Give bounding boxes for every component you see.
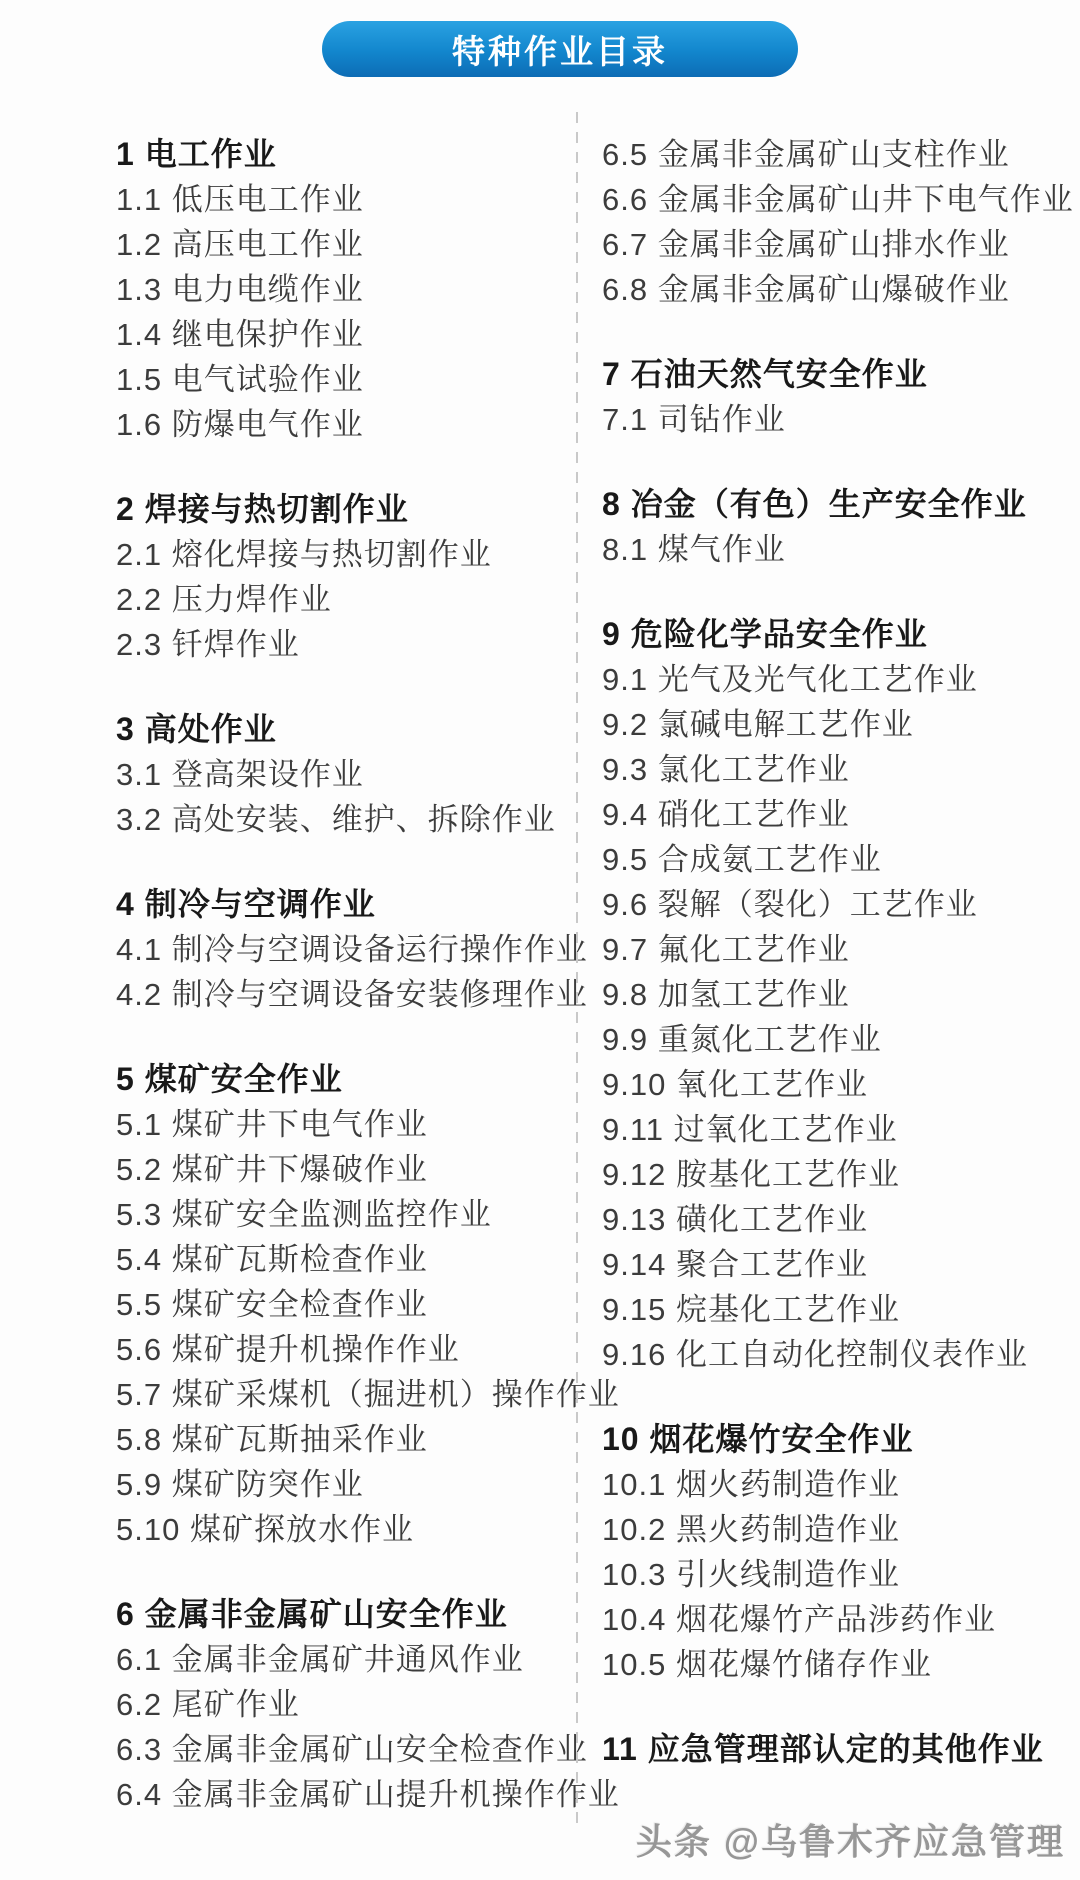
catalog-item: 10.4 烟花爆竹产品涉药作业 <box>602 1597 1074 1642</box>
catalog-item: 6.4 金属非金属矿山提升机操作作业 <box>116 1772 620 1817</box>
catalog-item: 9.1 光气及光气化工艺作业 <box>602 657 1074 702</box>
catalog-item: 9.7 氟化工艺作业 <box>602 927 1074 972</box>
catalog-item: 9.8 加氢工艺作业 <box>602 972 1074 1017</box>
catalog-item: 9.6 裂解（裂化）工艺作业 <box>602 882 1074 927</box>
catalog-item: 8.1 煤气作业 <box>602 527 1074 572</box>
catalog-item: 5.7 煤矿采煤机（掘进机）操作作业 <box>116 1372 620 1417</box>
catalog-item: 9.14 聚合工艺作业 <box>602 1242 1074 1287</box>
section-heading: 6 金属非金属矿山安全作业 <box>116 1592 620 1637</box>
catalog-item: 9.12 胺基化工艺作业 <box>602 1152 1074 1197</box>
catalog-item: 9.15 烷基化工艺作业 <box>602 1287 1074 1332</box>
catalog-item: 9.9 重氮化工艺作业 <box>602 1017 1074 1062</box>
catalog-item: 4.2 制冷与空调设备安装修理作业 <box>116 972 620 1017</box>
section-heading: 7 石油天然气安全作业 <box>602 352 1074 397</box>
catalog-item: 9.10 氧化工艺作业 <box>602 1062 1074 1107</box>
right-column: 6.5 金属非金属矿山支柱作业6.6 金属非金属矿山井下电气作业6.7 金属非金… <box>602 132 1074 1772</box>
catalog-item: 9.11 过氧化工艺作业 <box>602 1107 1074 1152</box>
catalog-item: 6.3 金属非金属矿山安全检查作业 <box>116 1727 620 1772</box>
catalog-item: 6.5 金属非金属矿山支柱作业 <box>602 132 1074 177</box>
catalog-item: 6.1 金属非金属矿井通风作业 <box>116 1637 620 1682</box>
catalog-item: 5.1 煤矿井下电气作业 <box>116 1102 620 1147</box>
catalog-item: 1.4 继电保护作业 <box>116 312 620 357</box>
catalog-item: 9.13 磺化工艺作业 <box>602 1197 1074 1242</box>
catalog-item: 10.2 黑火药制造作业 <box>602 1507 1074 1552</box>
catalog-item: 3.2 高处安装、维护、拆除作业 <box>116 797 620 842</box>
catalog-item: 5.6 煤矿提升机操作作业 <box>116 1327 620 1372</box>
catalog-item: 5.10 煤矿探放水作业 <box>116 1507 620 1552</box>
column-divider <box>576 112 578 1828</box>
catalog-item: 5.5 煤矿安全检查作业 <box>116 1282 620 1327</box>
catalog-item: 2.3 钎焊作业 <box>116 622 620 667</box>
catalog-item: 5.9 煤矿防突作业 <box>116 1462 620 1507</box>
left-column: 1 电工作业1.1 低压电工作业1.2 高压电工作业1.3 电力电缆作业1.4 … <box>116 132 620 1817</box>
section-heading: 2 焊接与热切割作业 <box>116 487 620 532</box>
catalog-item: 2.2 压力焊作业 <box>116 577 620 622</box>
catalog-item: 6.6 金属非金属矿山井下电气作业 <box>602 177 1074 222</box>
catalog-item: 1.1 低压电工作业 <box>116 177 620 222</box>
section-heading: 4 制冷与空调作业 <box>116 882 620 927</box>
catalog-item: 6.7 金属非金属矿山排水作业 <box>602 222 1074 267</box>
catalog-item: 1.6 防爆电气作业 <box>116 402 620 447</box>
catalog-item: 7.1 司钻作业 <box>602 397 1074 442</box>
section-heading: 10 烟花爆竹安全作业 <box>602 1417 1074 1462</box>
catalog-columns: 1 电工作业1.1 低压电工作业1.2 高压电工作业1.3 电力电缆作业1.4 … <box>0 0 1080 1880</box>
catalog-item: 1.2 高压电工作业 <box>116 222 620 267</box>
section-heading: 5 煤矿安全作业 <box>116 1057 620 1102</box>
catalog-item: 4.1 制冷与空调设备运行操作作业 <box>116 927 620 972</box>
catalog-item: 2.1 熔化焊接与热切割作业 <box>116 532 620 577</box>
catalog-item: 6.2 尾矿作业 <box>116 1682 620 1727</box>
catalog-item: 1.3 电力电缆作业 <box>116 267 620 312</box>
section-heading: 11 应急管理部认定的其他作业 <box>602 1727 1074 1772</box>
catalog-item: 3.1 登高架设作业 <box>116 752 620 797</box>
watermark-text: 头条 @乌鲁木齐应急管理 <box>636 1820 1065 1864</box>
catalog-item: 9.4 硝化工艺作业 <box>602 792 1074 837</box>
catalog-item: 6.8 金属非金属矿山爆破作业 <box>602 267 1074 312</box>
catalog-item: 5.3 煤矿安全监测监控作业 <box>116 1192 620 1237</box>
catalog-item: 5.2 煤矿井下爆破作业 <box>116 1147 620 1192</box>
section-heading: 8 冶金（有色）生产安全作业 <box>602 482 1074 527</box>
catalog-item: 9.2 氯碱电解工艺作业 <box>602 702 1074 747</box>
section-heading: 3 高处作业 <box>116 707 620 752</box>
catalog-item: 9.3 氯化工艺作业 <box>602 747 1074 792</box>
catalog-page: 特种作业目录 1 电工作业1.1 低压电工作业1.2 高压电工作业1.3 电力电… <box>0 0 1080 1880</box>
catalog-item: 5.4 煤矿瓦斯检查作业 <box>116 1237 620 1282</box>
catalog-item: 10.1 烟火药制造作业 <box>602 1462 1074 1507</box>
catalog-item: 1.5 电气试验作业 <box>116 357 620 402</box>
catalog-item: 9.5 合成氨工艺作业 <box>602 837 1074 882</box>
catalog-item: 5.8 煤矿瓦斯抽采作业 <box>116 1417 620 1462</box>
catalog-item: 10.5 烟花爆竹储存作业 <box>602 1642 1074 1687</box>
catalog-item: 10.3 引火线制造作业 <box>602 1552 1074 1597</box>
section-heading: 9 危险化学品安全作业 <box>602 612 1074 657</box>
section-heading: 1 电工作业 <box>116 132 620 177</box>
catalog-item: 9.16 化工自动化控制仪表作业 <box>602 1332 1074 1377</box>
